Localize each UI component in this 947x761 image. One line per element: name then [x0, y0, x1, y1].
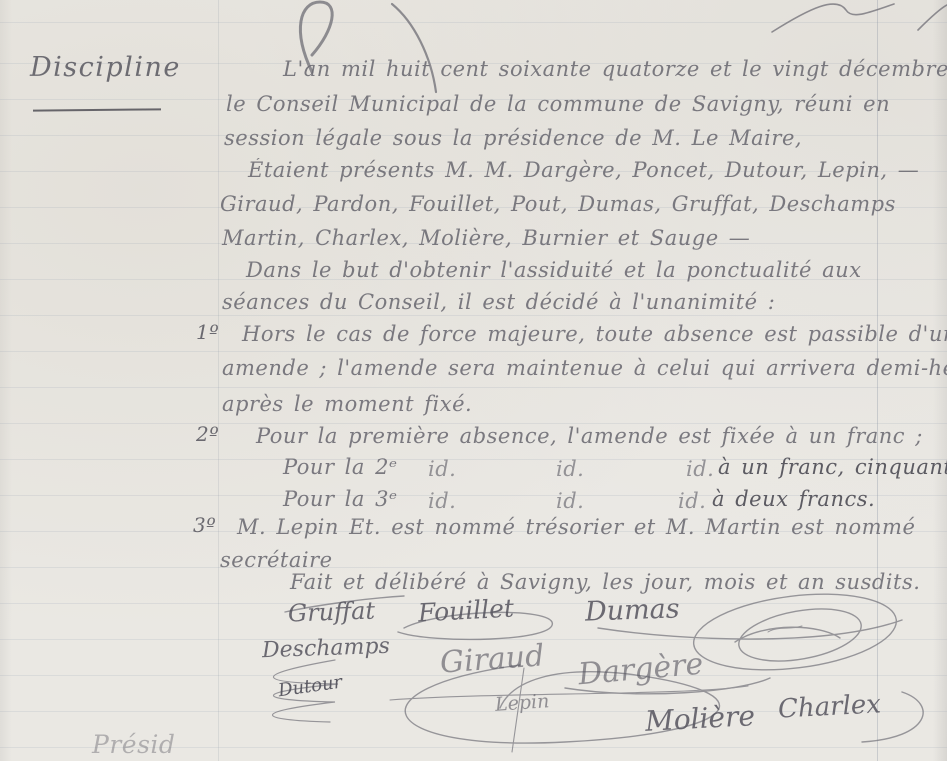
signature: Gruffat — [288, 596, 376, 627]
body-line: Hors le cas de force majeure, toute abse… — [242, 322, 947, 346]
signature: Giraud — [439, 638, 545, 680]
fine-amount: à deux francs. — [712, 487, 875, 511]
body-line: Martin, Charlex, Molière, Burnier et Sau… — [222, 226, 750, 250]
signature: Deschamps — [262, 634, 391, 663]
item-number-3: 3º — [193, 513, 216, 537]
item-number-2: 2º — [196, 422, 219, 446]
fine-row-3: Pour la 3ᵉ id. id. id. à deux francs. — [0, 487, 947, 517]
fine-prefix: Pour la 2ᵉ — [283, 455, 398, 479]
register-page: Discipline L'an mil huit cent soixante q… — [0, 0, 947, 761]
body-line: Pour la première absence, l'amende est f… — [256, 424, 923, 448]
fine-amount: à un franc, cinquante c. — [718, 455, 947, 479]
ditto-mark: id. — [428, 489, 456, 513]
ditto-mark: id. — [678, 489, 706, 513]
ditto-mark: id. — [428, 457, 456, 481]
ditto-mark: id. — [556, 457, 584, 481]
closing-line: Fait et délibéré à Savigny, les jour, mo… — [290, 570, 920, 594]
body-line: Étaient présents M. M. Dargère, Poncet, … — [248, 158, 919, 182]
signature: Fouillet — [417, 594, 514, 628]
signature: Lepin — [494, 690, 550, 716]
left-margin-rule — [218, 0, 219, 761]
bottom-margin-partial-note: Présid — [92, 730, 175, 759]
body-line: séances du Conseil, il est décidé à l'un… — [222, 290, 775, 314]
ditto-mark: id. — [556, 489, 584, 513]
fine-row-2: Pour la 2ᵉ id. id. id. à un franc, cinqu… — [0, 455, 947, 485]
body-line: secrétaire — [220, 548, 333, 572]
body-line: session légale sous la présidence de M. … — [224, 126, 802, 150]
fine-prefix: Pour la 3ᵉ — [283, 487, 398, 511]
body-line: L'an mil huit cent soixante quatorze et … — [283, 57, 947, 81]
signature: Dumas — [584, 593, 680, 627]
body-line: le Conseil Municipal de la commune de Sa… — [226, 92, 890, 116]
body-line: amende ; l'amende sera maintenue à celui… — [222, 356, 947, 380]
item-number-1: 1º — [196, 320, 219, 344]
signature: Charlex — [777, 689, 881, 724]
body-line: Giraud, Pardon, Fouillet, Pout, Dumas, G… — [220, 192, 896, 216]
body-line: Dans le but d'obtenir l'assiduité et la … — [246, 258, 862, 282]
margin-note-discipline: Discipline — [30, 52, 181, 83]
signature: Molière — [644, 699, 756, 738]
ditto-mark: id. — [686, 457, 714, 481]
body-line: M. Lepin Et. est nommé trésorier et M. M… — [237, 515, 915, 539]
body-line: après le moment fixé. — [222, 392, 472, 416]
